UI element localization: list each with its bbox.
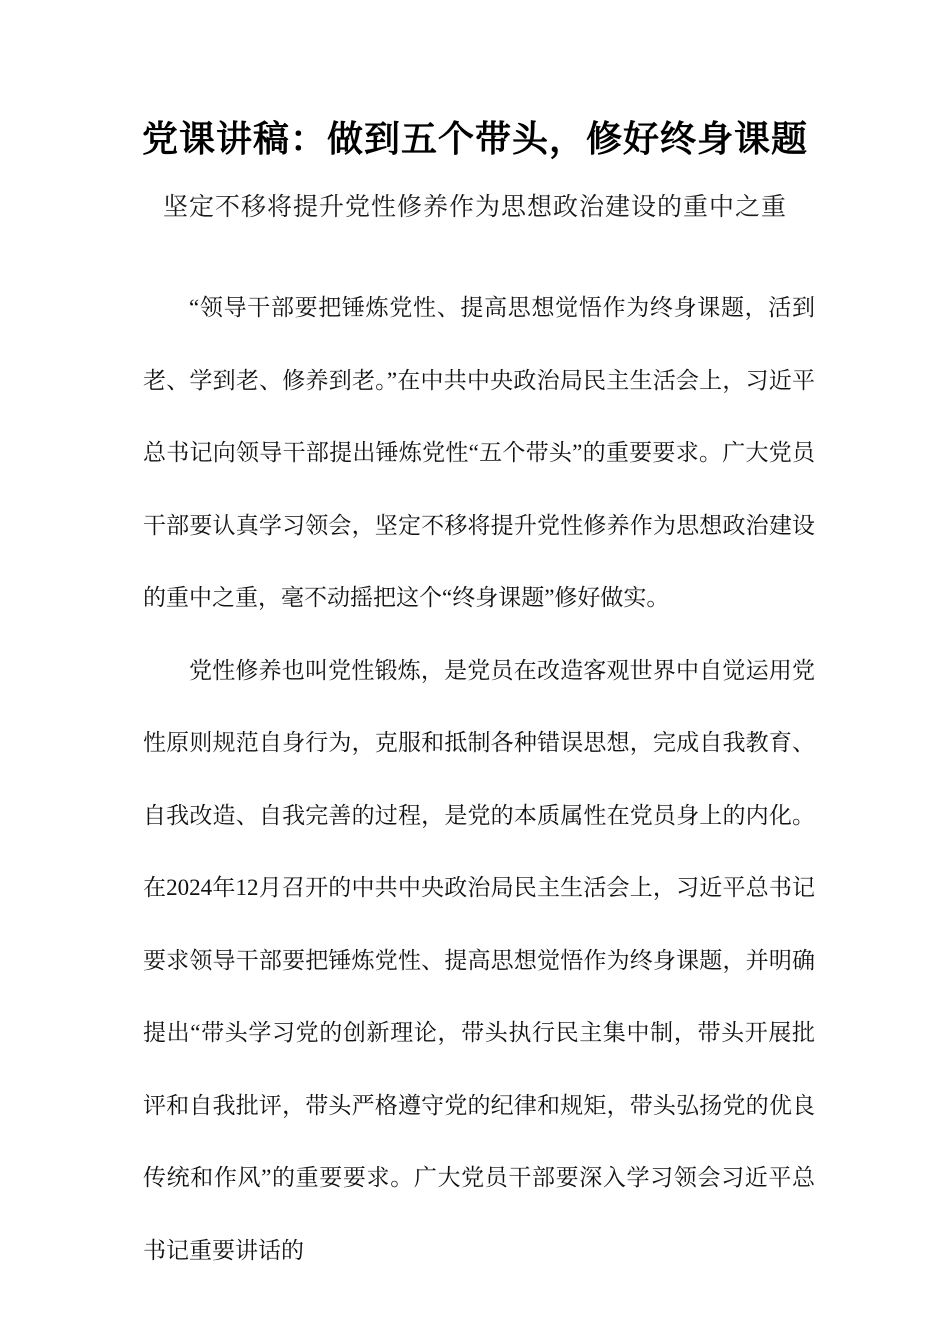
document-subtitle: 坚定不移将提升党性修养作为思想政治建设的重中之重 [0,194,950,222]
paragraph: “领导干部要把锤炼党性、提高思想觉悟作为终身课题，活到老、学到老、修养到老。”在… [143,272,815,635]
document-body: “领导干部要把锤炼党性、提高思想觉悟作为终身课题，活到老、学到老、修养到老。”在… [143,272,815,1287]
document-title: 党课讲稿：做到五个带头，修好终身课题 [0,116,950,162]
paragraph: 党性修养也叫党性锻炼，是党员在改造客观世界中自觉运用党性原则规范自身行为，克服和… [143,635,815,1288]
document-page: 党课讲稿：做到五个带头，修好终身课题 坚定不移将提升党性修养作为思想政治建设的重… [0,0,950,1344]
